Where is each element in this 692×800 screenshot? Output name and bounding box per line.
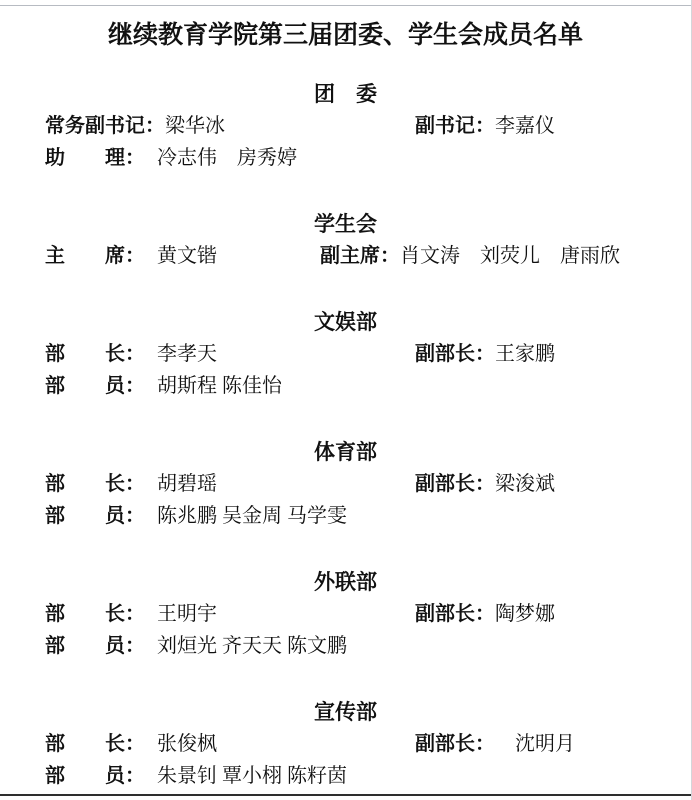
role-label: 副部长： [415, 598, 495, 630]
row-right-column: 副部长：王家鹏 [415, 338, 555, 370]
role-label: 副部长： [415, 468, 495, 500]
role-label: 部 长： [45, 728, 157, 760]
member-names: 梁华冰 [165, 115, 225, 137]
member-row: 部 长：胡碧瑶副部长：梁浚斌 [0, 468, 691, 500]
role-label: 部 员： [45, 760, 157, 792]
member-names: 沈明月 [495, 733, 575, 755]
row-right-column: 副书记：李嘉仪 [415, 110, 555, 142]
member-names: 张俊枫 [157, 733, 217, 755]
section-heading-publicity-dept: 宣传部 [0, 696, 691, 728]
role-label: 部 长： [45, 338, 157, 370]
role-label: 部 员： [45, 630, 157, 662]
member-row: 部 员：胡斯程 陈佳怡 [0, 370, 691, 402]
document-title: 继续教育学院第三届团委、学生会成员名单 [0, 20, 691, 52]
member-row: 主 席：黄文锴副主席：肖文涛 刘荧儿 唐雨欣 [0, 240, 691, 272]
member-names: 陈兆鹏 吴金周 马学雯 [157, 505, 347, 527]
member-row: 部 员：刘烜光 齐天天 陈文鹏 [0, 630, 691, 662]
member-names: 胡斯程 陈佳怡 [157, 375, 282, 397]
member-row: 部 员：陈兆鹏 吴金周 马学雯 [0, 500, 691, 532]
member-names: 梁浚斌 [495, 473, 555, 495]
section-heading-sports-dept: 体育部 [0, 436, 691, 468]
row-right-column: 副部长： 沈明月 [415, 728, 575, 760]
member-names: 冷志伟 房秀婷 [157, 147, 297, 169]
section-heading-league-committee: 团 委 [0, 78, 691, 110]
member-names: 王明宇 [157, 603, 217, 625]
member-names: 朱景钊 覃小栩 陈籽茵 [157, 765, 347, 787]
member-names: 胡碧瑶 [157, 473, 217, 495]
role-label: 部 长： [45, 468, 157, 500]
member-names: 黄文锴 [157, 245, 217, 267]
role-label: 主 席： [45, 240, 157, 272]
role-label: 部 员： [45, 370, 157, 402]
role-label: 部 长： [45, 598, 157, 630]
member-row: 部 员：朱景钊 覃小栩 陈籽茵 [0, 760, 691, 792]
member-row: 部 长：王明宇副部长：陶梦娜 [0, 598, 691, 630]
role-label: 副部长： [415, 728, 495, 760]
member-row: 部 长：张俊枫副部长： 沈明月 [0, 728, 691, 760]
role-label: 副主席： [320, 240, 400, 272]
section-heading-culture-dept: 文娱部 [0, 306, 691, 338]
section-heading-student-union: 学生会 [0, 208, 691, 240]
role-label: 副书记： [415, 110, 495, 142]
member-names: 肖文涛 刘荧儿 唐雨欣 [400, 245, 620, 267]
role-label: 副部长： [415, 338, 495, 370]
member-names: 李嘉仪 [495, 115, 555, 137]
role-label: 常务副书记： [45, 110, 165, 142]
member-row: 常务副书记：梁华冰副书记：李嘉仪 [0, 110, 691, 142]
member-names: 李孝天 [157, 343, 217, 365]
row-right-column: 副主席：肖文涛 刘荧儿 唐雨欣 [320, 240, 620, 272]
section-heading-outreach-dept: 外联部 [0, 566, 691, 598]
member-names: 陶梦娜 [495, 603, 555, 625]
role-label: 助 理： [45, 142, 157, 174]
page-bottom-rule [0, 794, 691, 796]
page-top-rule [0, 5, 691, 6]
role-label: 部 员： [45, 500, 157, 532]
row-right-column: 副部长：陶梦娜 [415, 598, 555, 630]
document-page: 继续教育学院第三届团委、学生会成员名单 团 委 常务副书记：梁华冰副书记：李嘉仪… [0, 0, 692, 800]
member-names: 王家鹏 [495, 343, 555, 365]
member-row: 部 长：李孝天副部长：王家鹏 [0, 338, 691, 370]
member-row: 助 理：冷志伟 房秀婷 [0, 142, 691, 174]
member-names: 刘烜光 齐天天 陈文鹏 [157, 635, 347, 657]
row-right-column: 副部长：梁浚斌 [415, 468, 555, 500]
